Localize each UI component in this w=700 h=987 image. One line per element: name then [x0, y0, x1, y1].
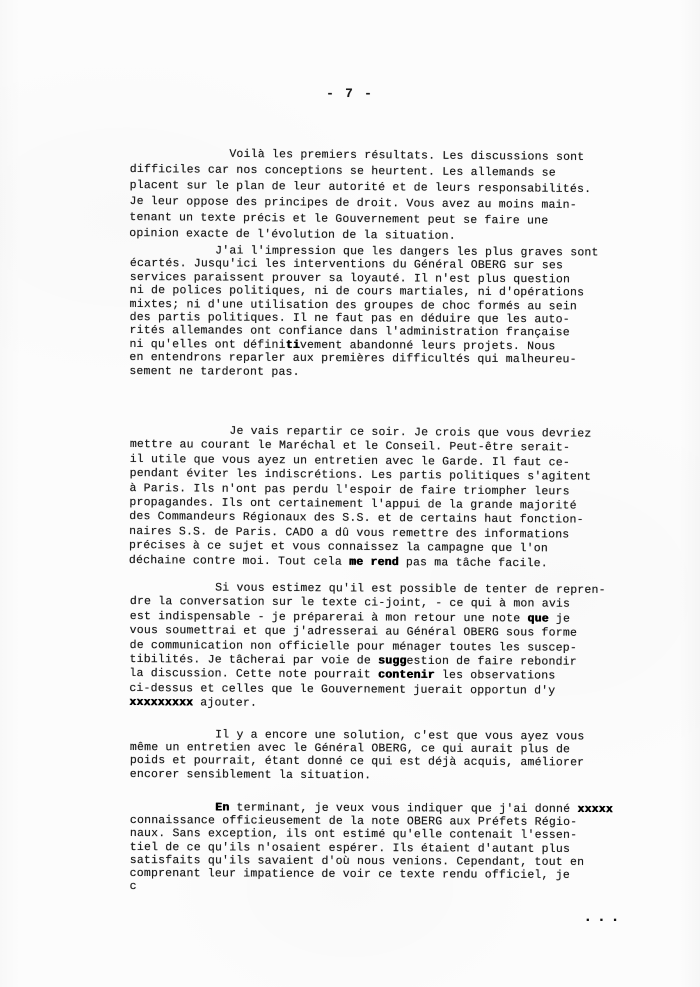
document-page: - 7 - Voilà les premiers résultats. Les …	[0, 0, 700, 987]
paragraph-encore-une-solution: Il y a encore une solution, c'est que vo…	[130, 728, 592, 783]
text-line: encorer sensiblement la situation.	[130, 768, 592, 784]
text-line: c	[130, 880, 592, 895]
text-line: comprenant leur impatience de voir ce te…	[130, 867, 592, 882]
overstruck-text: ti	[286, 339, 300, 352]
paragraph-repartir-ce-soir: Je vais repartir ce soir. Je crois que v…	[129, 424, 592, 572]
overstruck-text: sugg	[378, 655, 406, 668]
overstruck-text: contenir	[378, 669, 435, 682]
overstruck-text: que	[527, 612, 548, 625]
overstruck-text: xxxxx	[577, 803, 613, 816]
paragraph-en-terminant: En terminant, je veux vous indiquer que …	[130, 801, 592, 895]
text-line: xxxxxxxxx ajouter.	[129, 696, 591, 713]
paragraph-dangers-ecartes: J'ai l'impression que les dangers les pl…	[129, 244, 592, 380]
paragraph-premiers-resultats: Voilà les premiers résultats. Les discus…	[129, 146, 592, 246]
text-line: sement ne tarderont pas.	[129, 365, 591, 381]
paragraph-si-vous-estimez: Si vous estimez qu'il est possible de te…	[129, 581, 592, 713]
overstruck-text: xxxxxxxxx	[129, 696, 193, 709]
text-line: déchaine contre moi. Tout cela me rend p…	[129, 554, 591, 572]
overstruck-text: me rend	[349, 555, 399, 568]
overstruck-text: En	[215, 801, 229, 814]
page-number: - 7 -	[130, 87, 570, 101]
continuation-dots: ...	[583, 908, 624, 926]
